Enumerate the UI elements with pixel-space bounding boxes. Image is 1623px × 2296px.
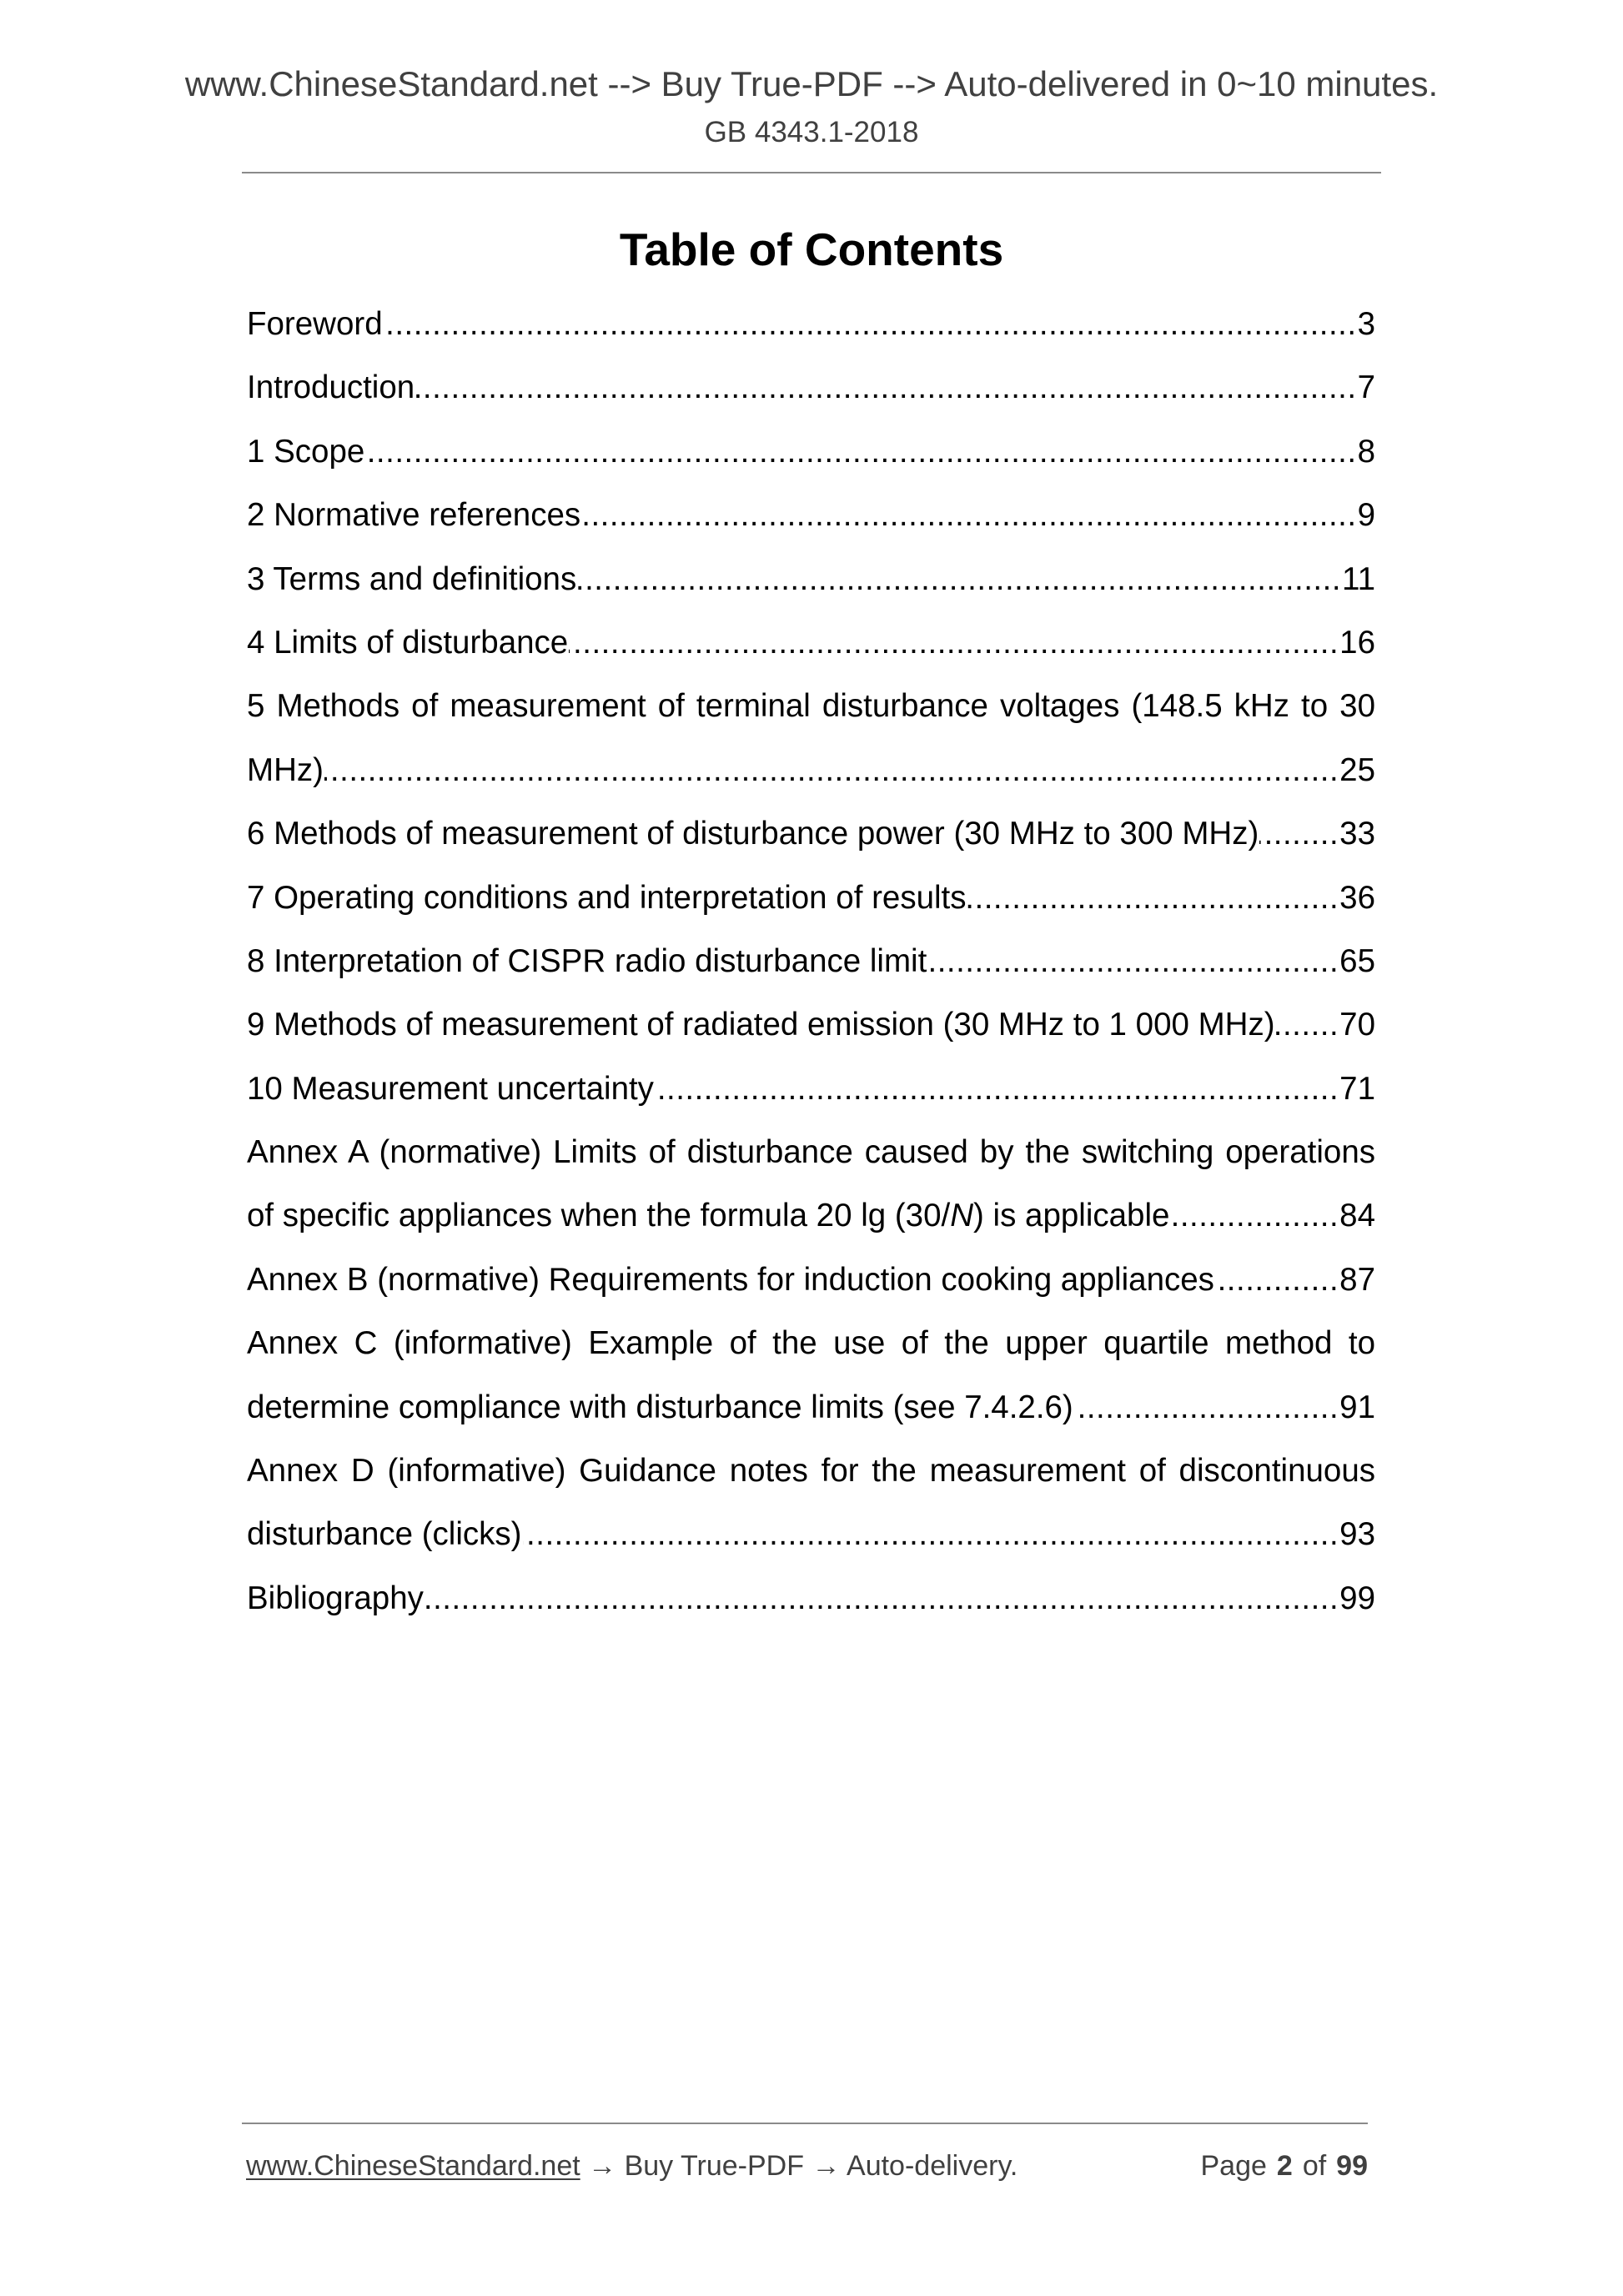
- toc-page-number: 91: [1339, 1386, 1375, 1429]
- toc-entry[interactable]: 4 Limits of disturbance ................…: [247, 621, 1375, 685]
- toc-entry-line[interactable]: Annex A (normative) Limits of disturbanc…: [247, 1131, 1375, 1194]
- footer-buy-text: Buy True-PDF: [625, 2150, 804, 2182]
- footer: www.ChineseStandard.net → Buy True-PDF →…: [246, 2148, 1368, 2183]
- toc-entry[interactable]: 10 Measurement uncertainty .............…: [247, 1068, 1375, 1131]
- toc-entry[interactable]: determine compliance with disturbance li…: [247, 1386, 1375, 1449]
- toc-entry-line[interactable]: 5 Methods of measurement of terminal dis…: [247, 685, 1375, 748]
- footer-divider: [242, 2123, 1368, 2124]
- toc-page-number: 33: [1339, 812, 1375, 856]
- toc-page-number: 8: [1358, 430, 1375, 474]
- toc-entry[interactable]: MHz) ...................................…: [247, 749, 1375, 812]
- page-label: Page: [1200, 2150, 1266, 2182]
- dot-leader: ........................................…: [927, 940, 1339, 983]
- toc-page-number: 25: [1339, 749, 1375, 792]
- dot-leader: ........................................…: [581, 494, 1356, 537]
- footer-site-link[interactable]: www.ChineseStandard.net: [246, 2150, 580, 2182]
- document-id: GB 4343.1-2018: [0, 115, 1623, 150]
- toc-entry[interactable]: 7 Operating conditions and interpretatio…: [247, 877, 1375, 940]
- page-title: Table of Contents: [0, 222, 1623, 277]
- toc-entry[interactable]: 9 Methods of measurement of radiated emi…: [247, 1003, 1375, 1067]
- toc-page-number: 9: [1358, 494, 1375, 537]
- arrow-right-icon: →: [588, 2150, 616, 2182]
- toc-page-number: 87: [1339, 1259, 1375, 1302]
- toc-entry-title: MHz): [247, 749, 324, 792]
- toc-page-number: 70: [1339, 1003, 1375, 1047]
- dot-leader: ........................................…: [384, 303, 1357, 346]
- toc-entry[interactable]: Annex B (normative) Requirements for ind…: [247, 1259, 1375, 1322]
- dot-leader: ........................................…: [1276, 1003, 1339, 1047]
- toc-entry-title: 2 Normative references: [247, 494, 580, 537]
- total-pages: 99: [1336, 2150, 1368, 2182]
- toc-entry-title: determine compliance with disturbance li…: [247, 1386, 1073, 1429]
- dot-leader: ........................................…: [577, 558, 1341, 601]
- toc-entry-title: 10 Measurement uncertainty: [247, 1068, 654, 1111]
- dot-leader: ........................................…: [655, 1068, 1339, 1111]
- dot-leader: ........................................…: [415, 366, 1356, 409]
- toc-entry-title: Bibliography: [247, 1577, 424, 1620]
- toc-entry[interactable]: 6 Methods of measurement of disturbance …: [247, 812, 1375, 876]
- dot-leader: ........................................…: [365, 430, 1356, 474]
- toc-entry-title: 9 Methods of measurement of radiated emi…: [247, 1003, 1275, 1047]
- toc-page-number: 84: [1339, 1194, 1375, 1238]
- toc-entry[interactable]: disturbance (clicks) ...................…: [247, 1513, 1375, 1576]
- dot-leader: ........................................…: [425, 1577, 1339, 1620]
- toc-page-number: 99: [1339, 1577, 1375, 1620]
- table-of-contents: Foreword................................…: [247, 303, 1375, 1640]
- toc-entry[interactable]: Bibliography ...........................…: [247, 1577, 1375, 1640]
- dot-leader: ........................................…: [1074, 1386, 1339, 1429]
- dot-leader: ........................................…: [1259, 812, 1339, 856]
- toc-page-number: 36: [1339, 877, 1375, 920]
- header-banner: www.ChineseStandard.net --> Buy True-PDF…: [0, 63, 1623, 105]
- dot-leader: ........................................…: [1170, 1194, 1339, 1238]
- toc-entry[interactable]: Foreword................................…: [247, 303, 1375, 366]
- toc-entry-title: 6 Methods of measurement of disturbance …: [247, 812, 1259, 856]
- toc-page-number: 16: [1339, 621, 1375, 665]
- dot-leader: ........................................…: [569, 621, 1339, 665]
- current-page: 2: [1277, 2150, 1293, 2182]
- toc-entry[interactable]: 1 Scope.................................…: [247, 430, 1375, 494]
- toc-entry-title: 8 Interpretation of CISPR radio disturba…: [247, 940, 927, 983]
- toc-page-number: 71: [1339, 1068, 1375, 1111]
- toc-entry[interactable]: 8 Interpretation of CISPR radio disturba…: [247, 940, 1375, 1003]
- page-indicator: Page2of99: [1200, 2148, 1368, 2183]
- footer-delivery-text: Auto-delivery.: [847, 2150, 1018, 2182]
- toc-entry-title: Annex B (normative) Requirements for ind…: [247, 1259, 1214, 1302]
- toc-entry-title: Introduction: [247, 366, 415, 409]
- page-of-label: of: [1303, 2150, 1326, 2182]
- toc-page-number: 7: [1358, 366, 1375, 409]
- toc-entry-title: 4 Limits of disturbance: [247, 621, 568, 665]
- toc-entry[interactable]: 3 Terms and definitions ................…: [247, 558, 1375, 621]
- toc-entry-title: Foreword: [247, 303, 383, 346]
- toc-entry-title: 7 Operating conditions and interpretatio…: [247, 877, 967, 920]
- toc-entry-line[interactable]: Annex D (informative) Guidance notes for…: [247, 1449, 1375, 1513]
- toc-page-number: 65: [1339, 940, 1375, 983]
- toc-entry-title: 3 Terms and definitions: [247, 558, 576, 601]
- header-divider: [242, 172, 1381, 173]
- toc-page-number: 11: [1342, 558, 1375, 601]
- toc-entry[interactable]: of specific appliances when the formula …: [247, 1194, 1375, 1258]
- toc-entry-line[interactable]: Annex C (informative) Example of the use…: [247, 1322, 1375, 1385]
- toc-entry[interactable]: Introduction ...........................…: [247, 366, 1375, 430]
- toc-page-number: 93: [1339, 1513, 1375, 1556]
- dot-leader: ........................................…: [324, 749, 1339, 792]
- dot-leader: ........................................…: [523, 1513, 1339, 1556]
- toc-entry-title: disturbance (clicks): [247, 1513, 522, 1556]
- dot-leader: ........................................…: [967, 877, 1339, 920]
- toc-page-number: 3: [1358, 303, 1375, 346]
- dot-leader: ........................................…: [1215, 1259, 1339, 1302]
- arrow-right-icon: →: [811, 2150, 840, 2182]
- toc-entry[interactable]: 2 Normative references..................…: [247, 494, 1375, 557]
- toc-entry-title: 1 Scope: [247, 430, 364, 474]
- toc-entry-title: of specific appliances when the formula …: [247, 1194, 1169, 1238]
